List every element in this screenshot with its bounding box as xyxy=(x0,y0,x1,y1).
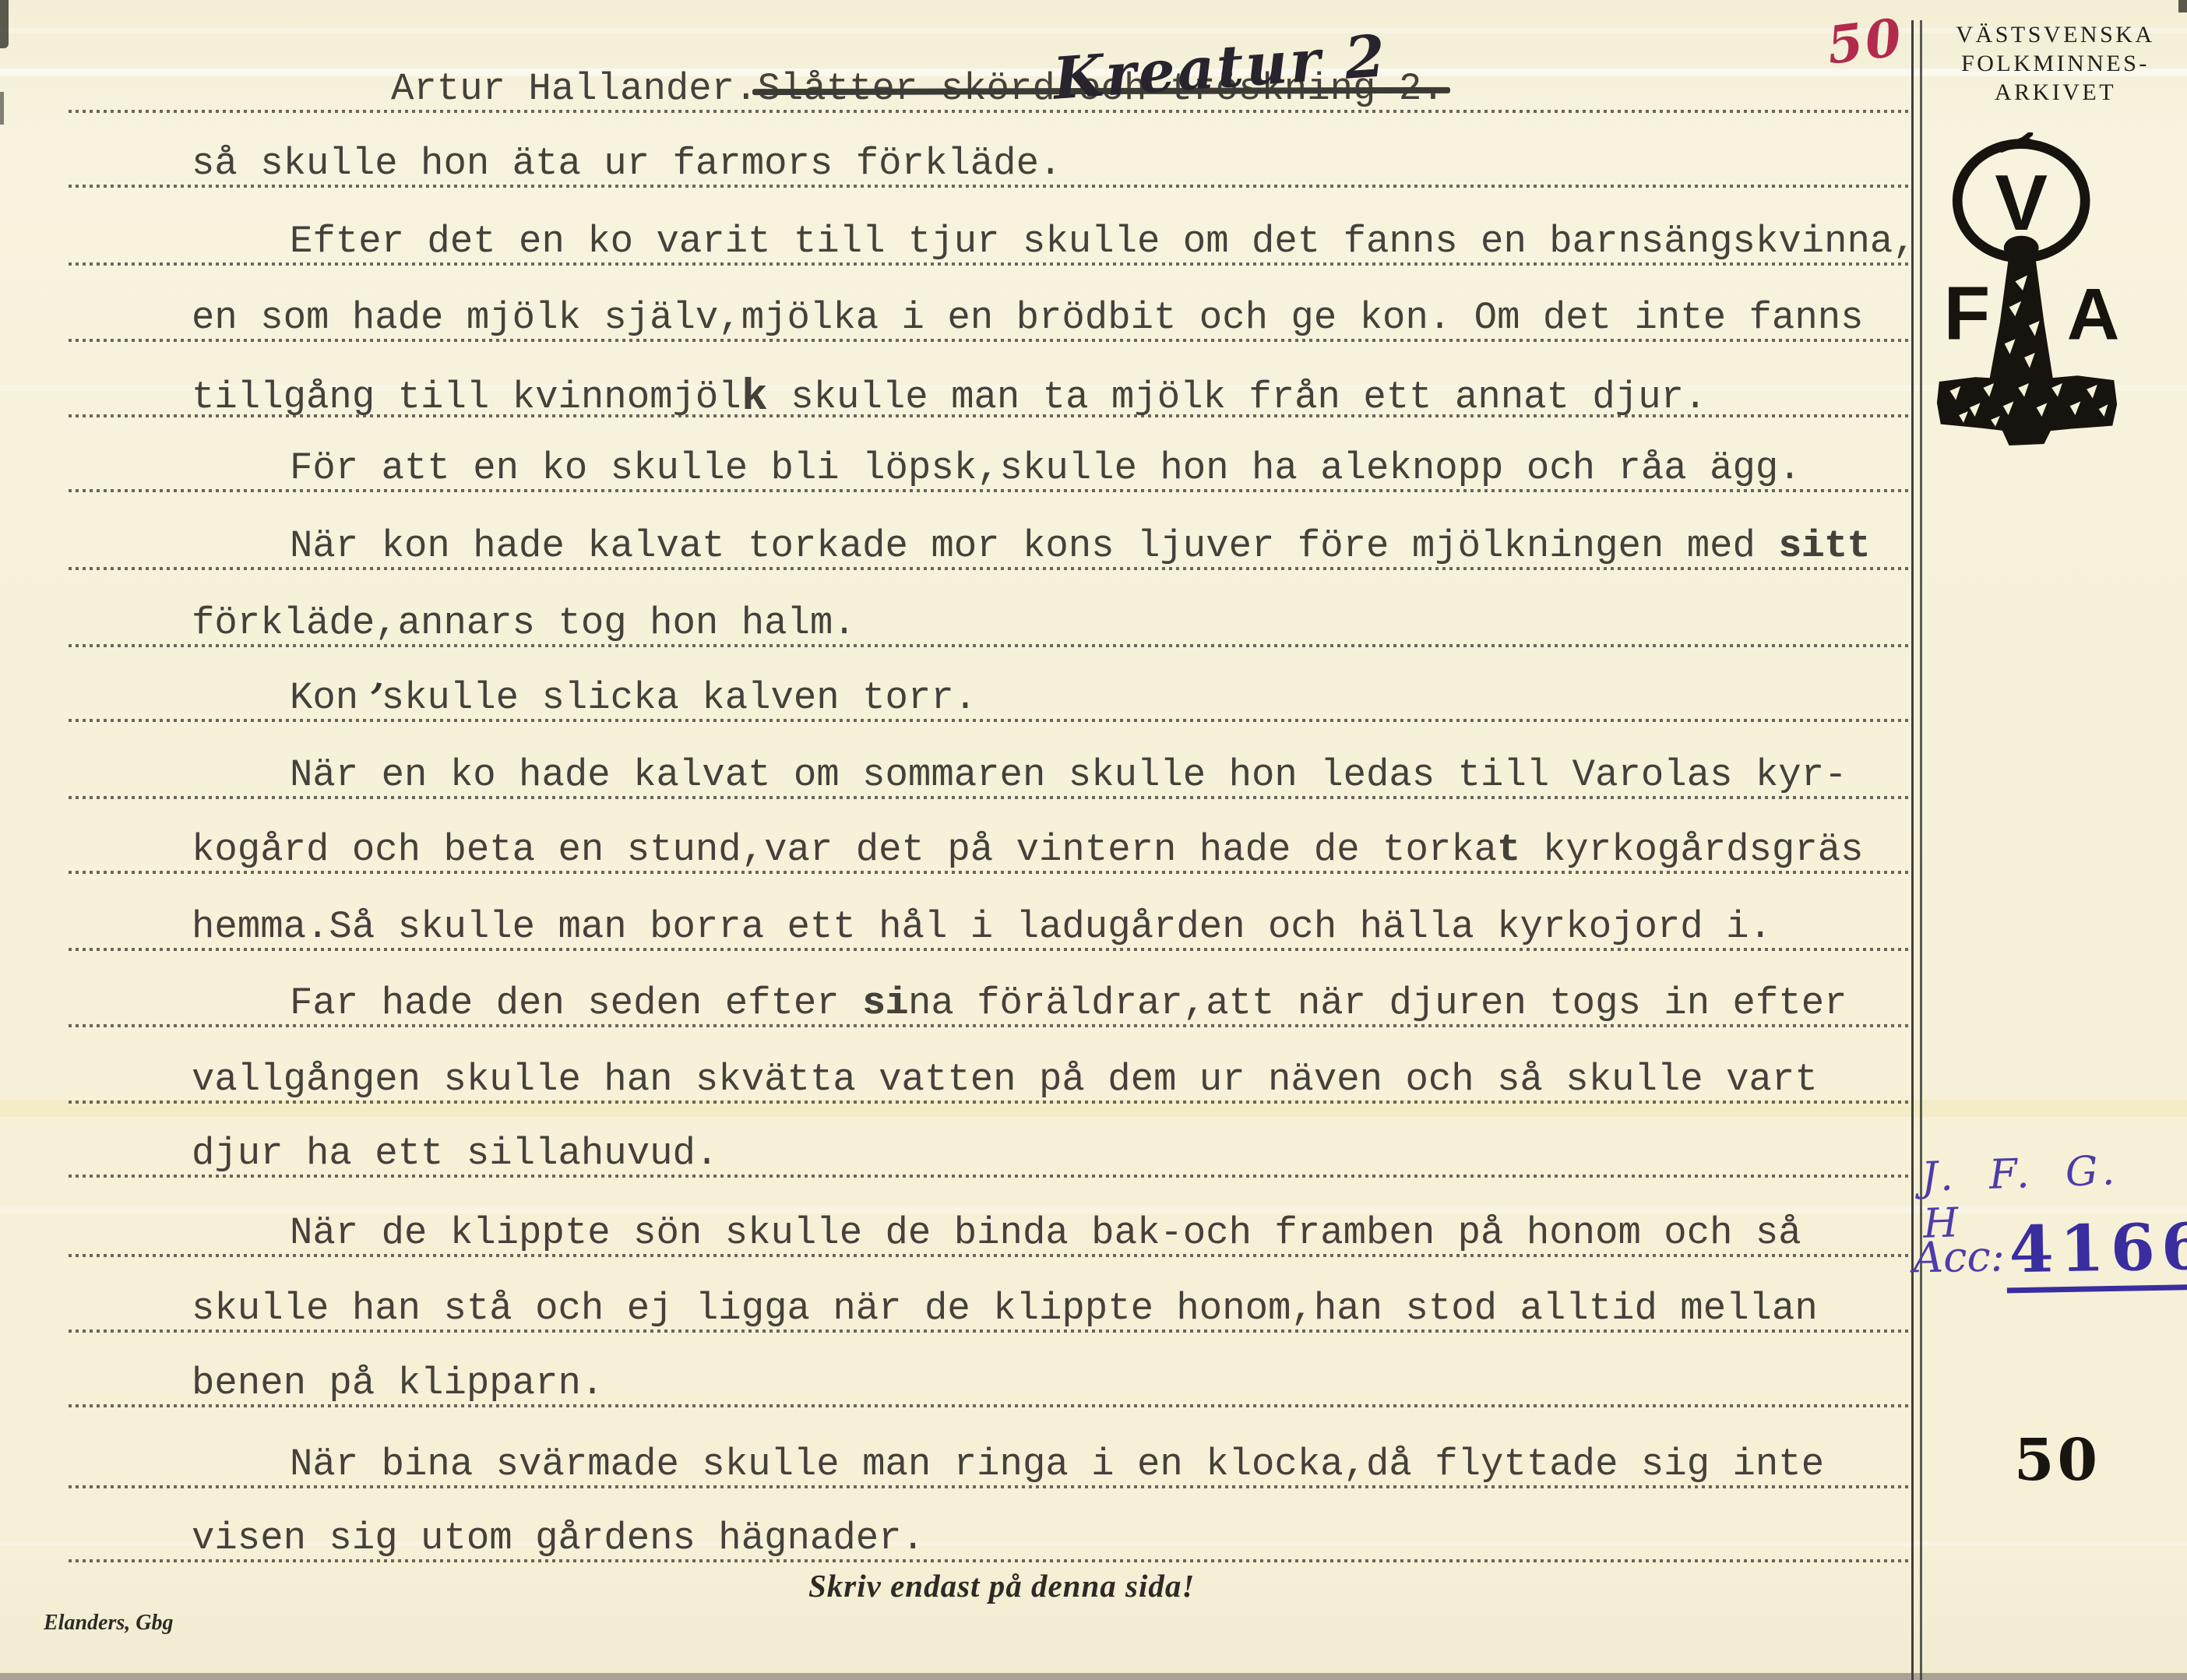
archive-name-line: VÄSTSVENSKA xyxy=(1925,20,2185,49)
footer-instruction: Skriv endast på denna sida! xyxy=(808,1567,1195,1604)
typed-segment: tillgång till kvinnomjöl xyxy=(192,375,741,419)
scan-edge-artifact xyxy=(2178,0,2187,12)
accession-number: 4166 xyxy=(2006,1210,2187,1294)
typed-segment: kyrkogårdsgräs xyxy=(1520,828,1863,872)
typed-segment: hemma.Så skulle man borra ett hål i ladu… xyxy=(192,905,1772,949)
archive-letterhead: VÄSTSVENSKA FOLKMINNES- ARKIVET xyxy=(1925,20,2185,107)
typed-line: hemma.Så skulle man borra ett hål i ladu… xyxy=(192,908,1772,946)
typed-line: När kon hade kalvat torkade mor kons lju… xyxy=(290,527,1870,565)
typed-line: tillgång till kvinnomjölk skulle man ta … xyxy=(192,375,1706,419)
typed-line: kogård och beta en stund,var det på vint… xyxy=(192,831,1864,869)
logo-letter-f: F xyxy=(1944,270,1991,355)
typed-segment: Far hade den seden efter xyxy=(290,981,862,1025)
typed-segment: När en ko hade kalvat om sommaren skulle… xyxy=(290,753,1847,797)
typed-line: djur ha ett sillahuvud. xyxy=(192,1135,718,1173)
typed-segment: t xyxy=(1497,828,1520,872)
scan-bottom-edge xyxy=(0,1673,2187,1680)
typed-segment: visen sig utom gårdens hägnader. xyxy=(192,1516,924,1560)
typed-segment: si xyxy=(862,981,908,1025)
printer-mark: Elanders, Gbg xyxy=(44,1611,173,1636)
typed-line: Far hade den seden efter sina föräldrar,… xyxy=(290,984,1847,1023)
thors-hammer-logo-icon: V F A xyxy=(1934,132,2121,446)
margin-rule-left xyxy=(1911,20,1914,1680)
logo-letter-a: A xyxy=(2067,273,2120,354)
typed-segment: djur ha ett sillahuvud. xyxy=(192,1132,718,1175)
scanned-archive-page: Artur Hallander.Slåtter skörd och tröskn… xyxy=(0,0,2187,1680)
typed-segment: en som hade mjölk själv,mjölka i en bröd… xyxy=(192,296,1864,340)
typed-line: så skulle hon äta ur farmors förkläde. xyxy=(192,145,1062,183)
typed-segment: na föräldrar,att när djuren togs in efte… xyxy=(908,981,1847,1025)
typed-segment: Artur Hallander. xyxy=(391,67,757,111)
scan-edge-artifact xyxy=(0,92,4,125)
red-folio-number: 50 xyxy=(1824,6,1907,76)
typed-line: skulle han stå och ej ligga när de klipp… xyxy=(192,1290,1818,1328)
typed-segment: förkläde,annars tog hon halm. xyxy=(192,601,856,645)
scan-edge-artifact xyxy=(0,0,9,48)
typed-line: visen sig utom gårdens hägnader. xyxy=(192,1520,924,1558)
archive-logo: V F A xyxy=(1934,132,2121,446)
typed-line: förkläde,annars tog hon halm. xyxy=(192,604,856,643)
typed-segment: När bina svärmade skulle man ringa i en … xyxy=(290,1442,1824,1486)
logo-letter-v: V xyxy=(1995,158,2048,247)
typed-segment: vallgången skulle han skvätta vatten på … xyxy=(192,1058,1818,1101)
typed-line: Efter det en ko varit till tjur skulle o… xyxy=(290,223,1916,261)
page-number-stamp: 50 xyxy=(2014,1427,2101,1494)
typed-line: en som hade mjölk själv,mjölka i en bröd… xyxy=(192,299,1864,337)
accession-label: Acc: xyxy=(1913,1231,2006,1282)
typed-segment: Efter det en ko varit till tjur skulle o… xyxy=(290,220,1916,263)
margin-rule-right xyxy=(1920,20,1922,1680)
typed-line: benen på klipparn. xyxy=(192,1365,604,1403)
typed-segment: k xyxy=(741,376,768,421)
typed-line: När en ko hade kalvat om sommaren skulle… xyxy=(290,756,1847,794)
typed-line: När bina svärmade skulle man ringa i en … xyxy=(290,1446,1824,1484)
typed-segment: så skulle hon äta ur farmors förkläde. xyxy=(192,142,1062,185)
archive-name-line: ARKIVET xyxy=(1925,78,2185,107)
typed-segment: sitt xyxy=(1778,524,1870,568)
typed-line: vallgången skulle han skvätta vatten på … xyxy=(192,1061,1818,1099)
typed-segment: skulle han stå och ej ligga när de klipp… xyxy=(192,1287,1818,1330)
typed-segment: För att en ko skulle bli löpsk,skulle ho… xyxy=(290,446,1801,490)
archive-name-line: FOLKMINNES- xyxy=(1925,49,2185,78)
typed-line: För att en ko skulle bli löpsk,skulle ho… xyxy=(290,449,1801,488)
accession-number-row: Acc:4166 xyxy=(1912,1210,2187,1290)
typed-line: Kon skulle slicka kalven torr. xyxy=(290,679,977,717)
typed-segment: kogård och beta en stund,var det på vint… xyxy=(192,828,1497,872)
typed-segment: benen på klipparn. xyxy=(192,1361,604,1405)
typed-segment: Kon skulle slicka kalven torr. xyxy=(290,676,977,720)
typed-line: När de klippte sön skulle de binda bak-o… xyxy=(290,1214,1801,1252)
typed-segment: När kon hade kalvat torkade mor kons lju… xyxy=(290,524,1778,568)
typed-segment: skulle man ta mjölk från ett annat djur. xyxy=(768,375,1707,419)
typed-segment: När de klippte sön skulle de binda bak-o… xyxy=(290,1211,1801,1255)
